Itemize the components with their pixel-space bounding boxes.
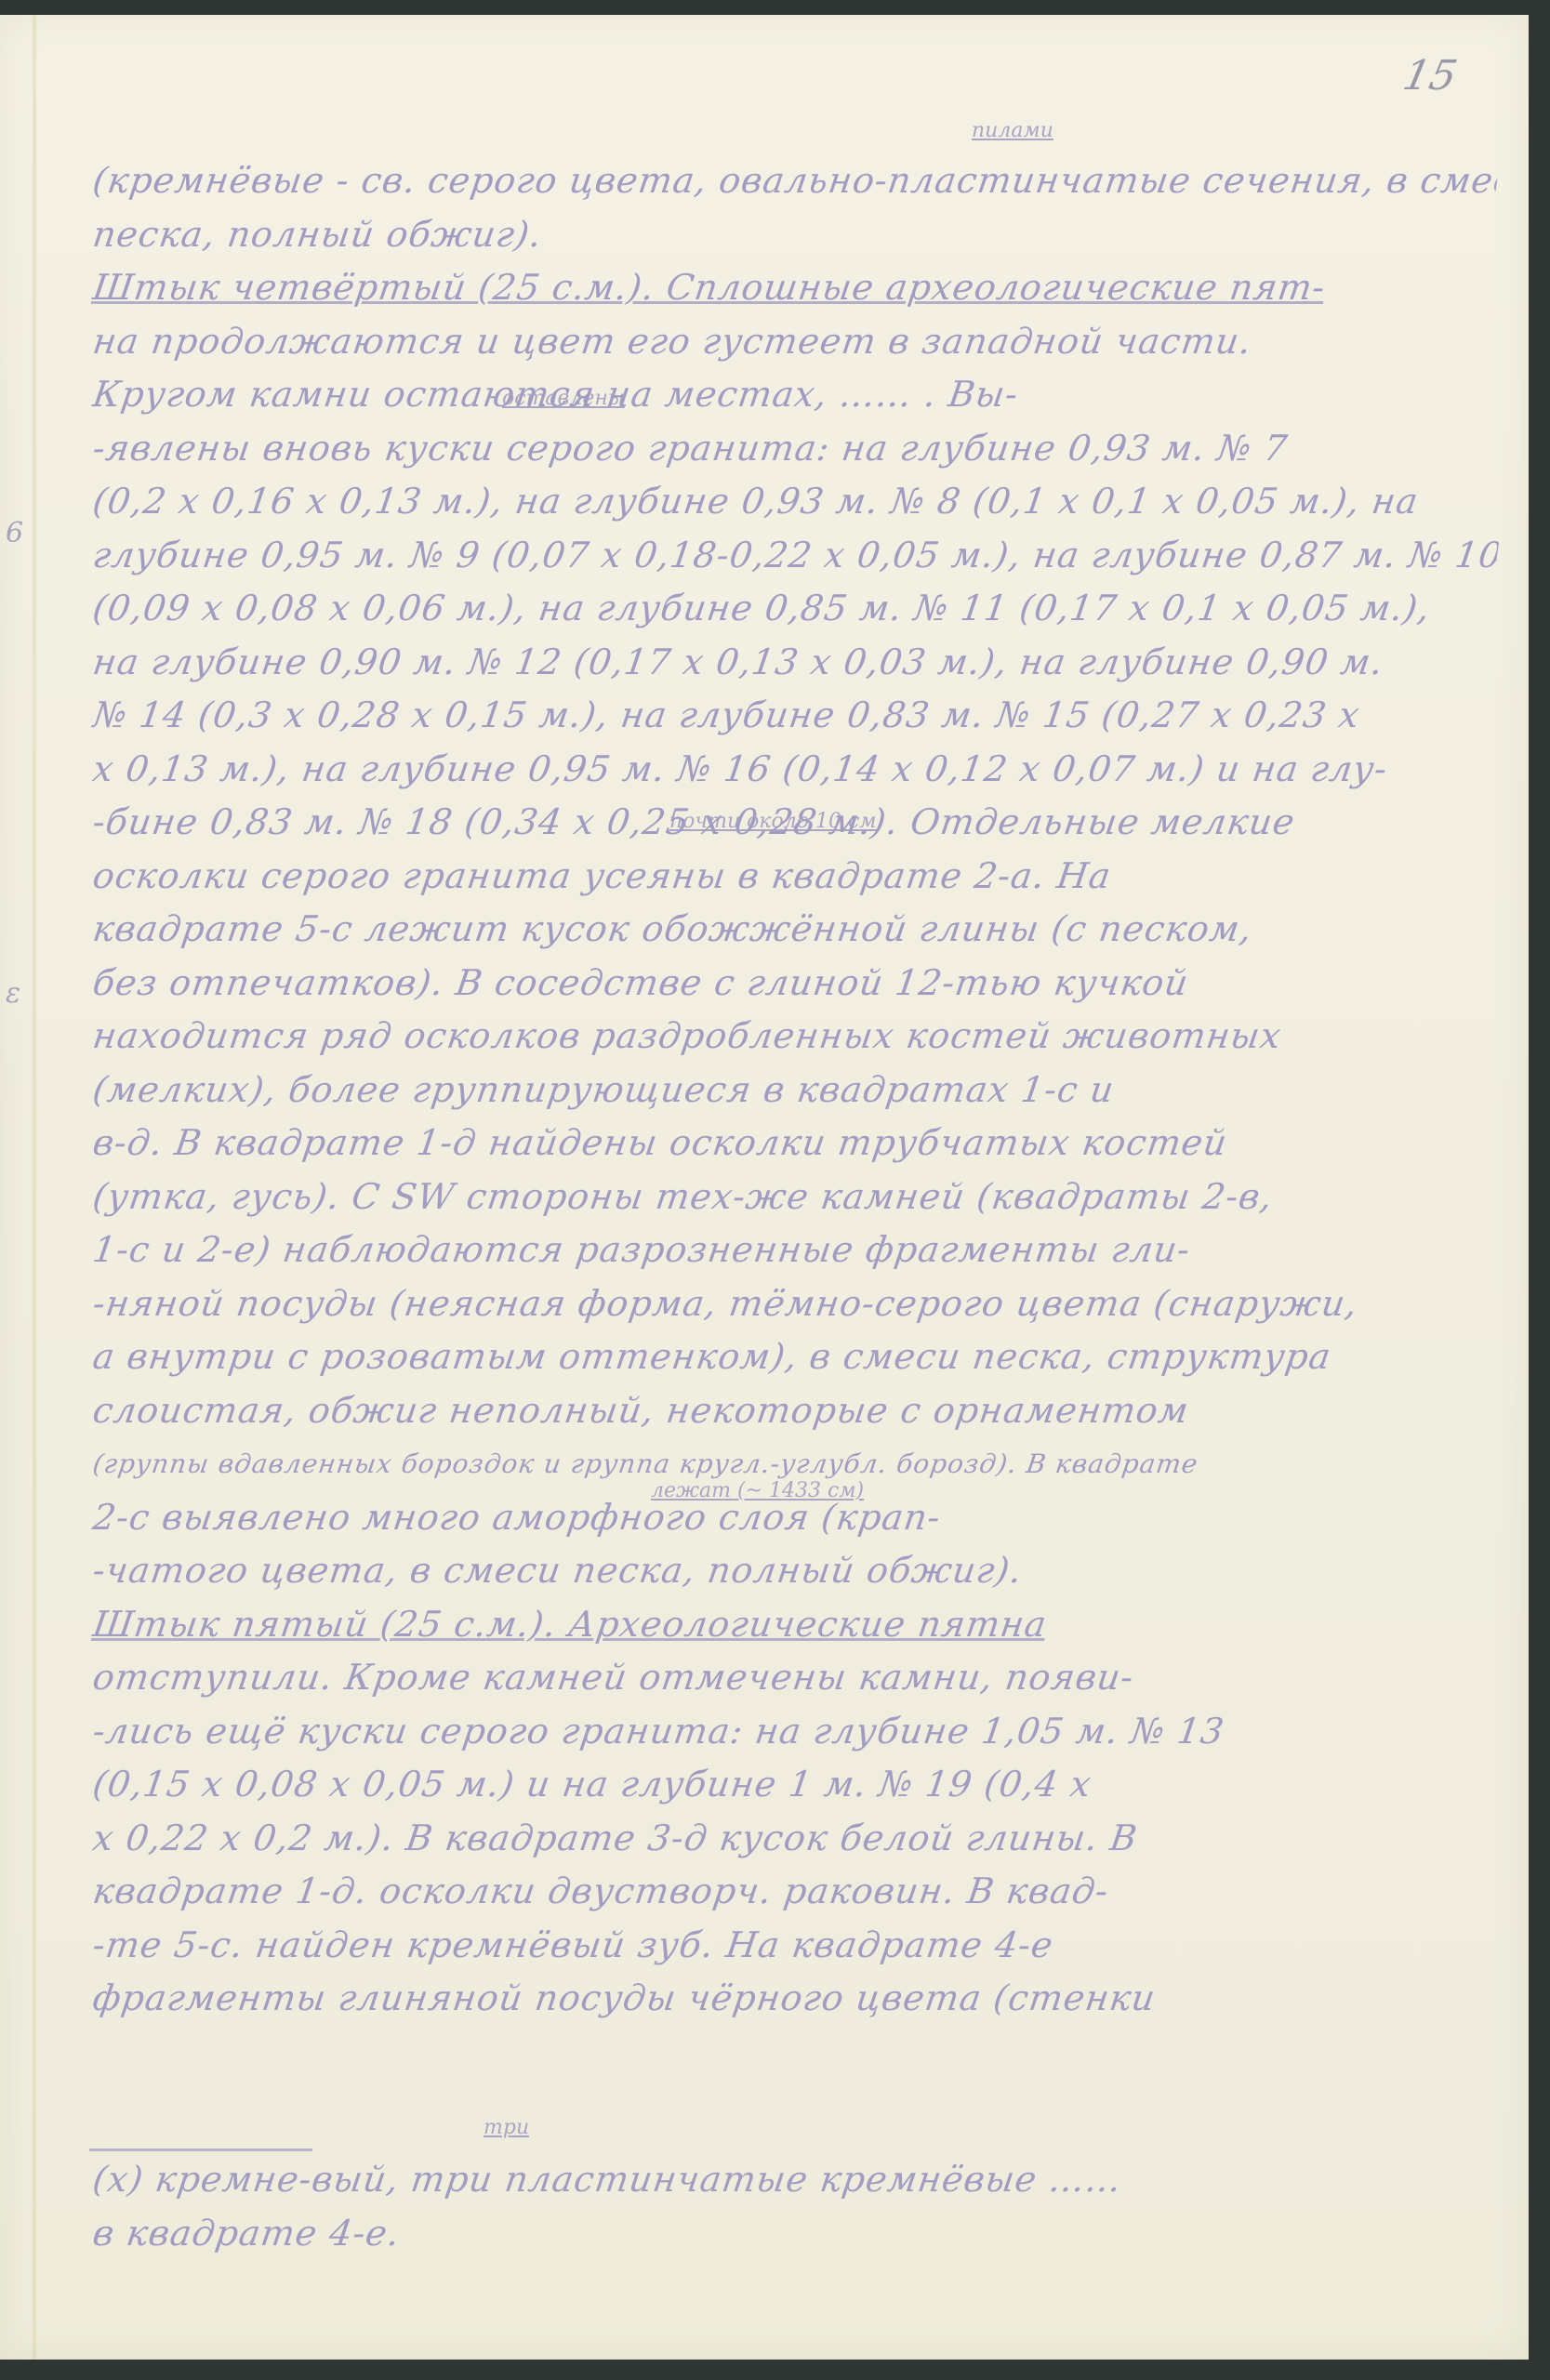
margin-mark: 6: [6, 517, 23, 549]
text-line: (утка, гусь). С SW стороны тех-же камней…: [89, 1170, 1501, 1224]
text-line: отступили. Кроме камней отмечены камни, …: [89, 1651, 1501, 1705]
text-line: глубине 0,95 м. № 9 (0,07 х 0,18-0,22 х …: [89, 529, 1501, 583]
text-line: -няной посуды (неясная форма, тёмно-серо…: [89, 1277, 1501, 1331]
text-line: -явлены вновь куски серого гранита: на г…: [89, 422, 1501, 476]
text-line: (мелких), более группирующиеся в квадрат…: [89, 1064, 1501, 1117]
text-line: (0,09 х 0,08 х 0,06 м.), на глубине 0,85…: [89, 582, 1501, 636]
text-line: № 14 (0,3 х 0,28 х 0,15 м.), на глубине …: [89, 689, 1501, 743]
text-line: песка, полный обжиг).: [89, 208, 1501, 262]
section-heading: Штык пятый (25 с.м.). Археологические пя…: [90, 1604, 1050, 1645]
text-line: а внутри с розоватым оттенком), в смеси …: [89, 1330, 1501, 1384]
footnote-divider: [89, 2149, 312, 2151]
text-line: -лись ещё куски серого гранита: на глуби…: [89, 1705, 1501, 1759]
footnote-line: в квадрате 4-е.: [89, 2207, 1501, 2261]
text-line: Кругом камни остаются на местах, …… . Вы…: [89, 368, 1501, 422]
text-line: фрагменты глиняной посуды чёрного цвета …: [89, 1972, 1501, 2026]
section-heading-line: Штык четвёртый (25 с.м.). Сплошные архео…: [89, 261, 1501, 315]
section-heading-line: Штык пятый (25 с.м.). Археологические пя…: [89, 1598, 1501, 1652]
footnote-line: (х) кремне-вый, три пластинчатые кремнёв…: [89, 2153, 1501, 2207]
margin-mark: ɛ: [6, 977, 20, 1010]
binding-fold: [32, 15, 37, 2360]
text-line: -чатого цвета, в смеси песка, полный обж…: [89, 1544, 1501, 1598]
interlinear-note: три: [484, 2116, 529, 2139]
text-line: х 0,22 х 0,2 м.). В квадрате 3-д кусок б…: [89, 1812, 1501, 1866]
text-line: -те 5-с. найден кремнёвый зуб. На квадра…: [89, 1919, 1501, 1973]
section-heading: Штык четвёртый (25 с.м.). Сплошные архео…: [90, 267, 1328, 308]
text-line: 2-с выявлено много аморфного слоя (крап-: [89, 1491, 1501, 1545]
text-line: (0,15 х 0,08 х 0,05 м.) и на глубине 1 м…: [89, 1758, 1501, 1812]
handwritten-body: (кремнёвые - св. серого цвета, овально-п…: [89, 154, 1493, 2026]
text-line: в-д. В квадрате 1-д найдены осколки труб…: [89, 1117, 1501, 1170]
text-line: слоистая, обжиг неполный, некоторые с ор…: [89, 1384, 1501, 1438]
text-line: осколки серого гранита усеяны в квадрате…: [89, 850, 1501, 904]
text-line: квадрате 5-с лежит кусок обожжённой глин…: [89, 903, 1501, 957]
text-line: х 0,13 м.), на глубине 0,95 м. № 16 (0,1…: [89, 743, 1501, 797]
text-line: (0,2 х 0,16 х 0,13 м.), на глубине 0,93 …: [89, 475, 1501, 529]
page-number: 15: [1399, 52, 1462, 99]
text-line: квадрате 1-д. осколки двустворч. раковин…: [89, 1865, 1501, 1919]
text-line: -бине 0,83 м. № 18 (0,34 х 0,25 х 0,28 м…: [89, 796, 1501, 850]
footnote: (х) кремне-вый, три пластинчатые кремнёв…: [89, 2153, 1493, 2260]
interlinear-note: пилами: [972, 119, 1053, 142]
text-line: (группы вдавленных бороздок и группа кру…: [89, 1437, 1501, 1491]
document-page: 6 ɛ 15 пилами оставлены почти около 10 с…: [0, 15, 1529, 2360]
text-line: (кремнёвые - св. серого цвета, овально-п…: [89, 154, 1501, 208]
text-line: без отпечатков). В соседстве с глиной 12…: [89, 957, 1501, 1011]
text-line: 1-с и 2-е) наблюдаются разрозненные фраг…: [89, 1223, 1501, 1277]
text-line: на продолжаются и цвет его густеет в зап…: [89, 315, 1501, 369]
text-line: на глубине 0,90 м. № 12 (0,17 х 0,13 х 0…: [89, 636, 1501, 690]
text-line: находится ряд осколков раздробленных кос…: [89, 1010, 1501, 1064]
